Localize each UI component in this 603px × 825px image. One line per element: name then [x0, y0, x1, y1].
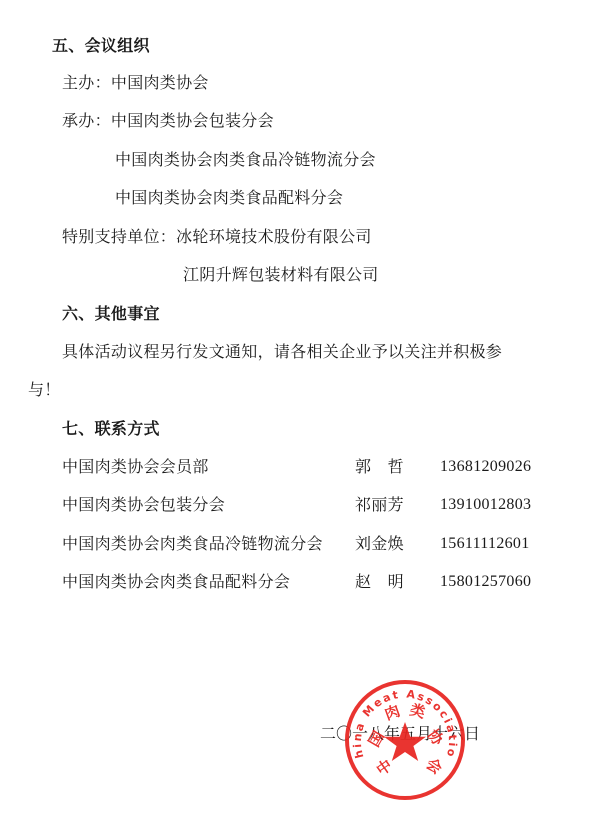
organizer-value: 中国肉类协会肉类食品配料分会 [115, 188, 343, 208]
contact-org: 中国肉类协会肉类食品冷链物流分会 [62, 534, 323, 554]
organizer-value: 中国肉类协会肉类食品冷链物流分会 [115, 150, 376, 170]
contact-name: 郭 哲 [355, 457, 404, 477]
host-value: 中国肉类协会 [111, 73, 209, 92]
sponsor-value: 江阴升辉包装材料有限公司 [183, 265, 379, 285]
star-icon [384, 722, 426, 761]
paragraph-text: 具体活动议程另行发文通知，请各相关企业予以关注并积极参 [62, 342, 502, 362]
svg-text:国: 国 [365, 728, 388, 750]
svg-text:中: 中 [373, 756, 396, 779]
section-heading-contact: 七、联系方式 [62, 419, 160, 439]
sponsor-row: 特别支持单位：冰轮环境技术股份有限公司 [62, 227, 372, 247]
host-row: 主办：中国肉类协会 [62, 73, 209, 93]
svg-text:肉: 肉 [382, 702, 402, 724]
contact-phone: 15801257060 [440, 572, 531, 592]
svg-text:会: 会 [423, 755, 446, 778]
organizer-value: 中国肉类协会包装分会 [111, 111, 274, 130]
svg-text:协: 协 [424, 726, 448, 749]
sponsor-label: 特别支持单位： [62, 227, 176, 246]
contact-name: 祁丽芳 [355, 495, 404, 515]
official-seal: China Meat Association 中 国 肉 类 协 会 [343, 678, 467, 802]
contact-phone: 13681209026 [440, 457, 531, 477]
paragraph-text-continued: 与！ [28, 380, 61, 400]
contact-org: 中国肉类协会肉类食品配料分会 [62, 572, 290, 592]
svg-text:类: 类 [408, 700, 427, 721]
section-heading-other-matters: 六、其他事宜 [62, 304, 160, 324]
contact-org: 中国肉类协会会员部 [62, 457, 209, 477]
contact-name: 赵 明 [355, 572, 404, 592]
section-heading-organization: 五、会议组织 [52, 36, 150, 56]
contact-phone: 15611112601 [440, 534, 530, 554]
organizer-row: 承办：中国肉类协会包装分会 [62, 111, 274, 131]
contact-name: 刘金焕 [355, 534, 404, 554]
contact-org: 中国肉类协会包装分会 [62, 495, 225, 515]
sponsor-value: 冰轮环境技术股份有限公司 [176, 227, 372, 246]
contact-phone: 13910012803 [440, 495, 531, 515]
host-label: 主办： [62, 73, 111, 92]
organizer-label: 承办： [62, 111, 111, 130]
